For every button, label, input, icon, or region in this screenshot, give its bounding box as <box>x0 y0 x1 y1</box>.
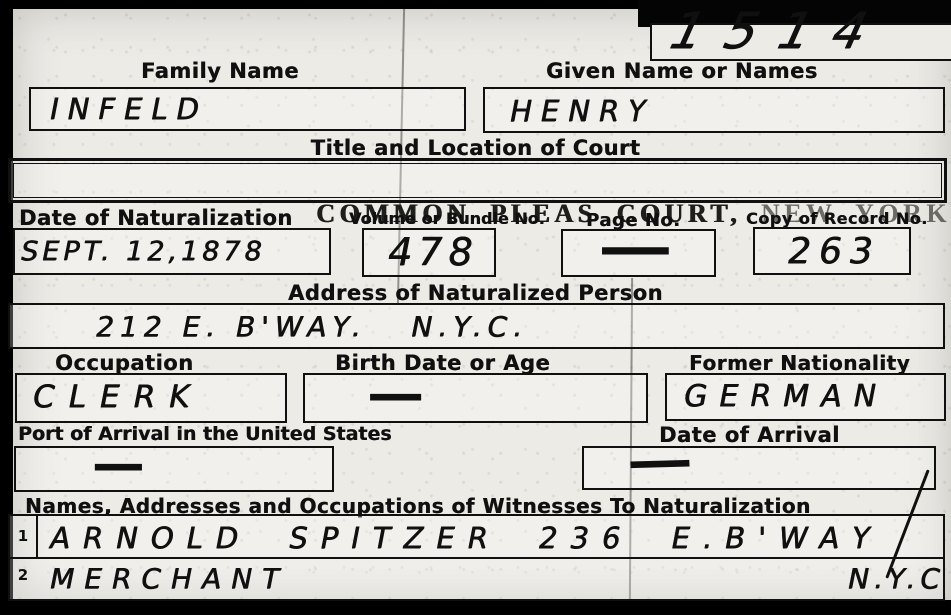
witness-number-column-divider <box>36 516 38 557</box>
given-name-label: Given Name or Names <box>546 59 818 83</box>
port-of-arrival-value: — <box>92 456 114 478</box>
volume-value: 478 <box>388 230 479 274</box>
former-nationality-value: GERMAN <box>684 379 888 414</box>
witness-row-2-text: MERCHANT <box>50 562 289 595</box>
witness-row-2-number: 2 <box>10 566 36 584</box>
record-copy-value: 263 <box>788 231 881 272</box>
port-of-arrival-label: Port of Arrival in the United States <box>18 423 392 445</box>
address-label: Address of Naturalized Person <box>0 281 951 305</box>
naturalization-date-label: Date of Naturalization <box>19 206 293 230</box>
court-box-inner-rule: COMMON PLEAS COURT, NEW YORK COUNTY. <box>13 163 942 198</box>
port-of-arrival-box <box>14 446 334 492</box>
birth-date-value: — <box>367 386 389 408</box>
witnesses-table: 1 ARNOLD SPITZER 236 E.B'WAY 2 MERCHANT … <box>8 514 945 601</box>
page-value: — <box>598 240 620 262</box>
family-name-value: INFELD <box>50 92 208 126</box>
court-box: COMMON PLEAS COURT, NEW YORK COUNTY. <box>8 158 947 203</box>
serial-number: 1514 <box>665 2 895 60</box>
date-of-arrival-value: — <box>627 454 649 476</box>
occupation-label: Occupation <box>55 351 194 375</box>
court-label: Title and Location of Court <box>0 136 951 160</box>
birth-date-box <box>303 373 648 423</box>
naturalization-date-value: SEPT. 12,1878 <box>21 236 266 267</box>
witness-row-divider <box>10 557 943 559</box>
naturalization-index-card: 1514 Family Name INFELD Given Name or Na… <box>0 0 951 615</box>
volume-label: Volume or Bundle No. <box>349 209 545 228</box>
given-name-value: HENRY <box>510 94 655 128</box>
witness-row-1-text: ARNOLD SPITZER 236 E.B'WAY <box>50 521 883 555</box>
family-name-label: Family Name <box>141 59 299 83</box>
record-copy-label: Copy of Record No. <box>746 209 928 228</box>
witness-row-1-number: 1 <box>10 527 36 545</box>
address-value: 212 E. B'WAY. N.Y.C. <box>96 310 528 343</box>
former-nationality-label: Former Nationality <box>689 351 910 375</box>
witness-row-2-right-text: N.Y.C <box>848 562 945 595</box>
occupation-value: CLERK <box>33 379 203 415</box>
